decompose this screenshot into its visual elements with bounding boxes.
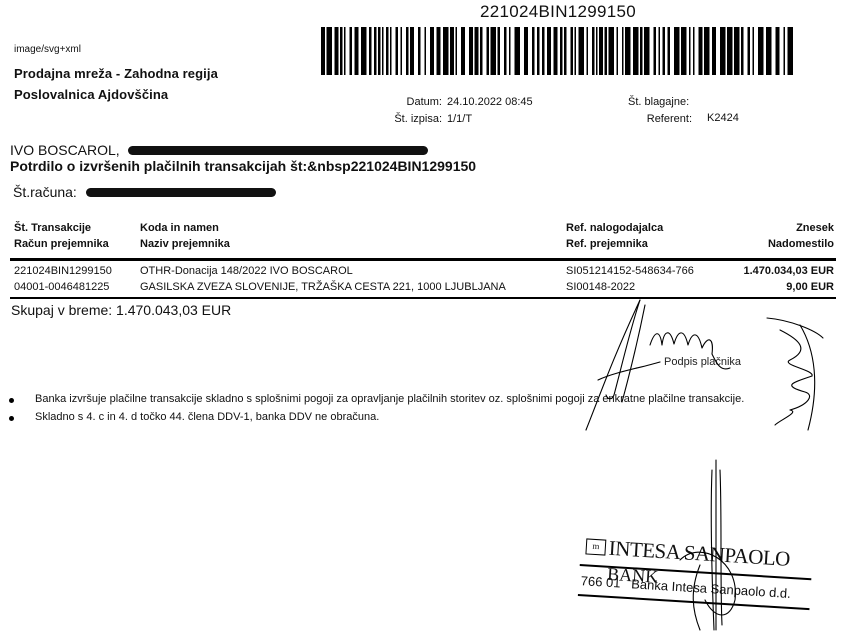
note-terms: Banka izvršuje plačilne transakcije skla… — [35, 393, 744, 405]
table-footer-rule — [10, 297, 836, 299]
barcode — [321, 27, 794, 75]
barcode-number: 221024BIN1299150 — [480, 2, 636, 22]
payer-reference: SI051214152-548634-766 — [566, 265, 694, 277]
note-vat: Skladno s 4. c in 4. d točko 44. člena D… — [35, 411, 379, 423]
col-recipient-name-header: Naziv prejemnika — [140, 238, 230, 250]
col-recipient-account-header: Račun prejemnika — [14, 238, 109, 250]
bullet-icon — [9, 398, 14, 403]
izpis-label: Št. izpisa: — [360, 113, 442, 125]
transaction-number: 221024BIN1299150 — [14, 265, 112, 277]
organization-branch: Poslovalnica Ajdovščina — [14, 87, 168, 102]
total-debit: Skupaj v breme: 1.470.043,03 EUR — [11, 302, 231, 318]
payment-purpose: OTHR-Donacija 148/2022 IVO BOSCAROL — [140, 265, 353, 277]
account-label: Št.računa: — [13, 184, 77, 200]
datum-label: Datum: — [380, 96, 442, 108]
col-payer-ref-header: Ref. nalogodajalca — [566, 222, 663, 234]
recipient-name: GASILSKA ZVEZA SLOVENIJE, TRŽAŠKA CESTA … — [140, 281, 506, 293]
signature-label: Podpis plačnika — [664, 356, 741, 368]
recipient-account: 04001-0046481225 — [14, 281, 109, 293]
redacted-account-number — [86, 188, 276, 197]
bullet-icon — [9, 416, 14, 421]
document-title: Potrdilo o izvršenih plačilnih transakci… — [10, 158, 476, 174]
col-purpose-header: Koda in namen — [140, 222, 219, 234]
blagajna-label: Št. blagajne: — [628, 96, 689, 108]
bank-logo-icon: m — [585, 538, 606, 555]
recipient-reference: SI00148-2022 — [566, 281, 635, 293]
payer-name: IVO BOSCAROL, — [10, 142, 120, 158]
redacted-address — [128, 146, 428, 155]
organization-network: Prodajna mreža - Zahodna regija — [14, 66, 218, 81]
referent-label: Referent: — [620, 113, 692, 125]
izpis-value: 1/1/T — [447, 113, 472, 125]
stamp-branch-code: 766 01 — [580, 573, 621, 590]
col-recipient-ref-header: Ref. prejemnika — [566, 238, 648, 250]
bank-stamp: m INTESA SANPAOLO BANK 766 01 Banka Inte… — [575, 528, 820, 632]
amount: 1.470.034,03 EUR — [743, 265, 834, 277]
datum-value: 24.10.2022 08:45 — [447, 96, 533, 108]
mime-type-label: image/svg+xml — [14, 44, 81, 55]
referent-value: K2424 — [707, 112, 739, 124]
col-transaction-header: Št. Transakcije — [14, 222, 91, 234]
col-amount-header: Znesek — [796, 222, 834, 234]
table-header-rule — [10, 258, 836, 261]
col-fee-header: Nadomestilo — [768, 238, 834, 250]
fee: 9,00 EUR — [786, 281, 834, 293]
